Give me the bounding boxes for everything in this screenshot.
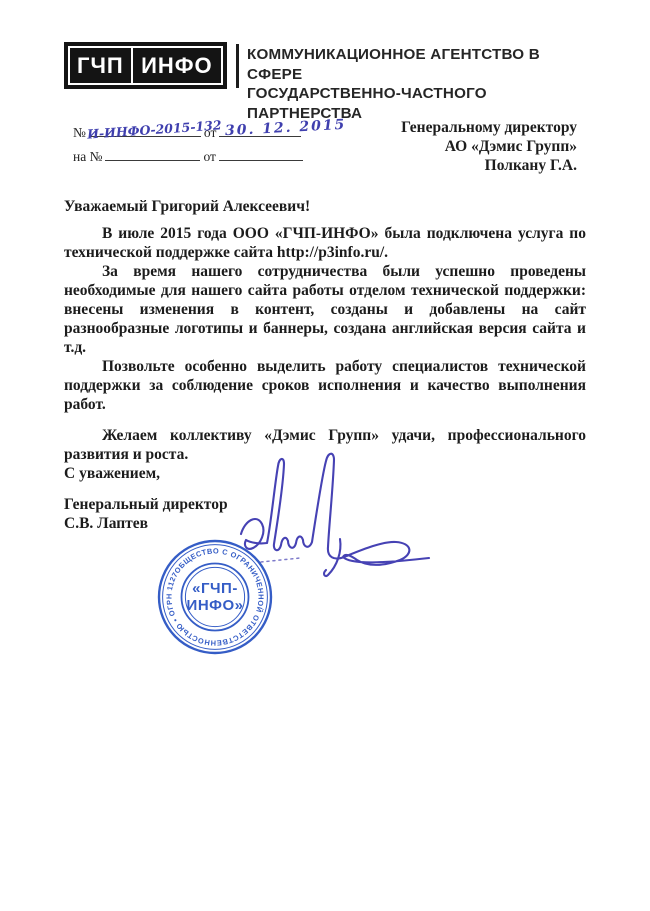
addressee-line: АО «Дэмис Групп» bbox=[401, 138, 577, 157]
handwritten-outgoing-number: И-ИНФО-2015-132 bbox=[86, 116, 221, 142]
company-logo: ГЧП ИНФО bbox=[64, 42, 227, 89]
incoming-reference-row: на №от bbox=[73, 147, 306, 165]
handwritten-outgoing-date: 30. 12. 2015 bbox=[225, 117, 347, 140]
number-label: № bbox=[73, 125, 86, 140]
salutation: Уважаемый Григорий Алексеевич! bbox=[64, 197, 586, 216]
signature-dotted-stroke bbox=[261, 558, 300, 562]
director-signature bbox=[233, 444, 443, 594]
logo-word-2: ИНФО bbox=[131, 48, 221, 83]
outgoing-number-line: И-ИНФО-2015-132 bbox=[89, 123, 201, 137]
outgoing-date-line: 30. 12. 2015 bbox=[219, 123, 301, 137]
seal-center-line-1: «ГЧП- bbox=[192, 580, 238, 597]
logo-frame: ГЧП ИНФО bbox=[68, 46, 223, 85]
addressee-line: Генеральному директору bbox=[401, 119, 577, 138]
seal-center-line-2: ИНФО» bbox=[187, 597, 244, 614]
paragraph-2: За время нашего сотрудничества были успе… bbox=[64, 262, 586, 357]
header-divider bbox=[236, 44, 239, 88]
outgoing-reference-row: №И-ИНФО-2015-132от30. 12. 2015 bbox=[73, 123, 306, 141]
addressee-line: Полкану Г.А. bbox=[401, 157, 577, 176]
company-tagline: КОММУНИКАЦИОННОЕ АГЕНТСТВО В СФЕРЕ ГОСУД… bbox=[247, 45, 597, 123]
tagline-line-2: ГОСУДАРСТВЕННО-ЧАСТНОГО ПАРТНЕРСТВА bbox=[247, 84, 597, 123]
from-label-2: от bbox=[203, 149, 215, 164]
incoming-date-line bbox=[219, 147, 303, 161]
paragraph-3: Позвольте особенно выделить работу специ… bbox=[64, 357, 586, 414]
incoming-number-line bbox=[105, 147, 200, 161]
reference-block: №И-ИНФО-2015-132от30. 12. 2015 на №от bbox=[73, 123, 306, 171]
letter-scan-page: ГЧП ИНФО КОММУНИКАЦИОННОЕ АГЕНТСТВО В СФ… bbox=[0, 0, 650, 911]
addressee-block: Генеральному директору АО «Дэмис Групп» … bbox=[401, 119, 577, 175]
tagline-line-1: КОММУНИКАЦИОННОЕ АГЕНТСТВО В СФЕРЕ bbox=[247, 45, 597, 84]
signature-flourish bbox=[241, 454, 429, 565]
logo-word-1: ГЧП bbox=[70, 48, 131, 83]
paragraph-1: В июле 2015 года ООО «ГЧП-ИНФО» была под… bbox=[64, 224, 586, 262]
on-number-label: на № bbox=[73, 149, 102, 164]
